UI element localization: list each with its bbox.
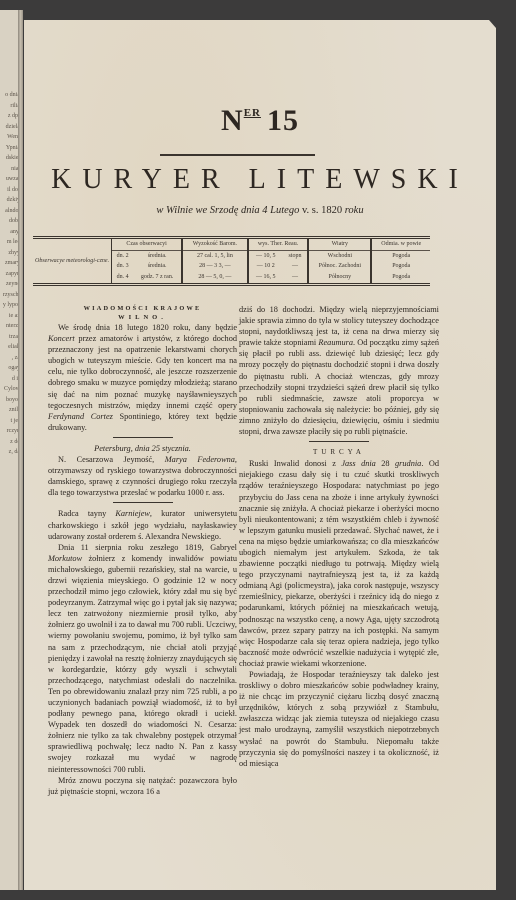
newspaper-page: NER15 KURYER LITEWSKI w Wilnie we Srzodę… [24, 20, 496, 890]
previous-page-edge: o dniariliaz dp-dzielaWen-Ypniadskie.nia… [0, 10, 20, 890]
masthead-rule [160, 154, 315, 156]
dateline-petersburg: Petersburg, dnia 25 stycznia. [48, 443, 237, 454]
weather-observation-table: Obserwacye meteorologi-czne. Czas obserw… [33, 236, 430, 286]
header-thermometer: wys. Ther. Reau. [248, 239, 309, 250]
issue-number: NER15 [24, 104, 496, 138]
book-spine [18, 10, 23, 890]
article-divider [113, 502, 173, 503]
header-time: Czas obserwacyi [112, 239, 182, 250]
article-divider [309, 441, 369, 442]
header-barometer: Wyzokość Barom. [182, 239, 248, 250]
header-wind: Wiatry [308, 239, 371, 250]
article-morkutow: Dnia 11 sierpnia roku zeszłego 1819, Gab… [48, 542, 237, 775]
newspaper-title: KURYER LITEWSKI [24, 164, 496, 196]
article-concert: We środę dnia 18 lutego 1820 roku, dany … [48, 322, 237, 433]
article-frost-continued: dziś do 18 dochodzi. Między wielą nieprz… [239, 304, 439, 437]
article-hospodar: Powiadają, że Hospodar teraźnieyszy tak … [239, 669, 439, 769]
section-heading-domestic: WIADOMOŚCI KRAJOWE [48, 304, 237, 313]
article-frost: Mróz znowu poczyna się natężać: pozawczo… [48, 775, 237, 797]
article-empress: N. Cesarzowa Jeymość, Marya Federowna, o… [48, 454, 237, 498]
header-weather: Odmia. w powie [371, 239, 430, 250]
dateline: w Wilnie we Srzodę dnia 4 Lutego v. s. 1… [24, 205, 496, 216]
section-heading-turkey: TURCYA [239, 447, 439, 458]
article-jassy: Ruski Inwalid donosi z Jass dnia 28 grud… [239, 458, 439, 669]
right-column: dziś do 18 dochodzi. Między wielą nieprz… [239, 304, 439, 769]
article-karniejew: Radca tayny Karniejew, kurator uniwersyt… [48, 508, 237, 541]
left-column: WIADOMOŚCI KRAJOWE WILNO. We środę dnia … [48, 304, 237, 797]
city-heading-wilno: WILNO. [48, 313, 237, 322]
article-divider [113, 437, 173, 438]
weather-row-label: Obserwacye meteorologi-czne. [33, 239, 112, 283]
